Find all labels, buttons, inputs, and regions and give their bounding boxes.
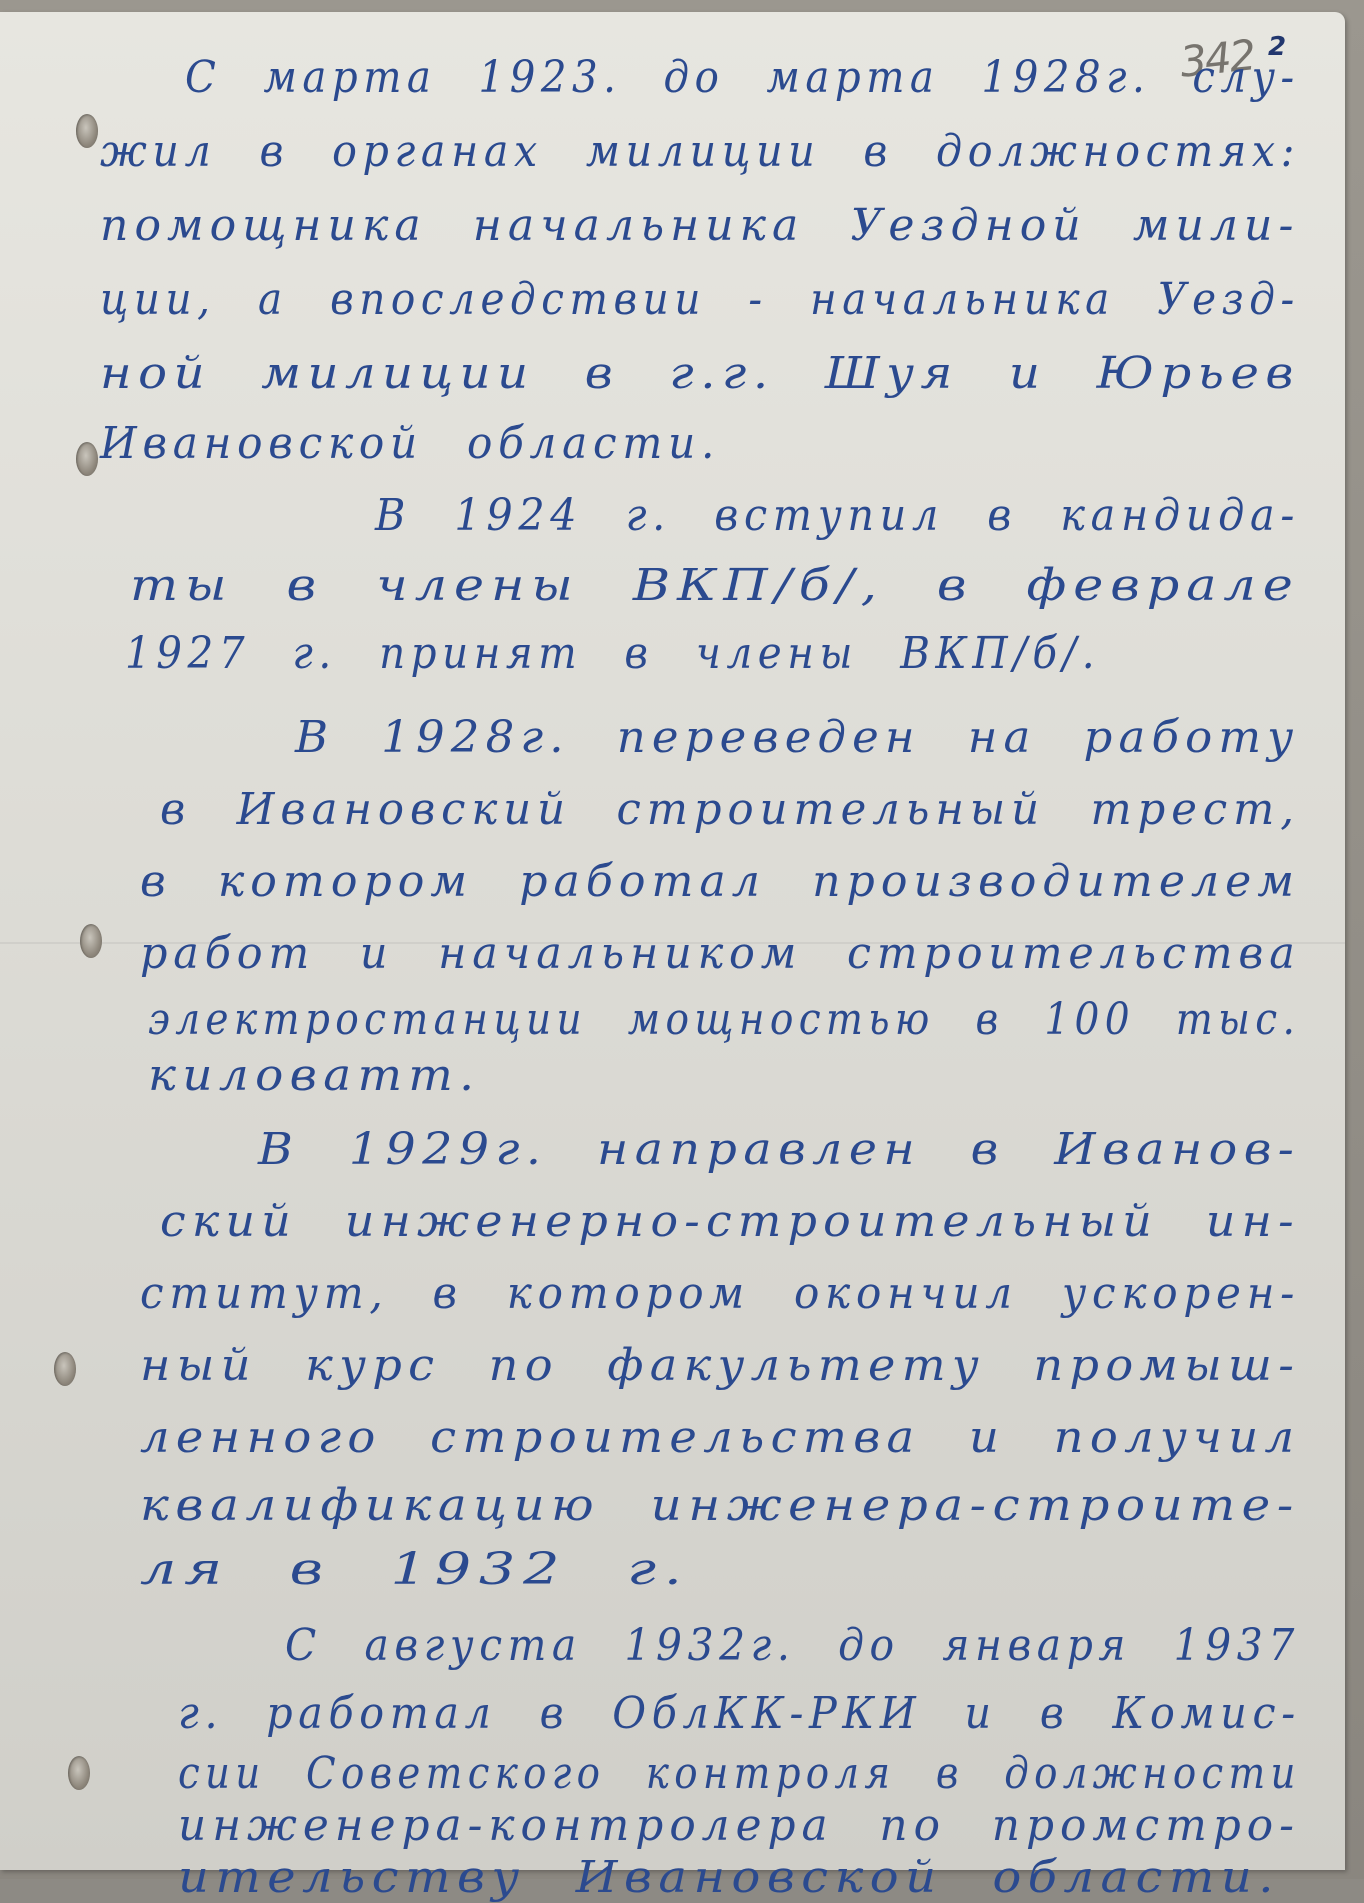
text-line: В 1924 г. вступил в кандида- xyxy=(375,490,1300,541)
text-line: ции, а впоследствии - начальника Уезд- xyxy=(100,274,1300,325)
text-line: ты в члены ВКП/б/, в феврале xyxy=(130,560,1300,611)
text-line: г. работал в ОблКК-РКИ и в Комис- xyxy=(178,1688,1301,1739)
text-line: В 1929г. направлен в Иванов- xyxy=(258,1124,1300,1175)
punch-hole xyxy=(76,442,98,476)
text-line: жил в органах милиции в должностях: xyxy=(100,126,1300,177)
text-line: работ и начальником строительства xyxy=(140,928,1301,979)
text-line: ленного строительства и получил xyxy=(140,1412,1300,1463)
text-line: В 1928г. переведен на работу xyxy=(295,712,1299,763)
text-line: в котором работал производителем xyxy=(140,856,1300,907)
text-line: ительству Ивановской области. xyxy=(178,1852,1280,1879)
text-line: ститут, в котором окончил ускорен- xyxy=(140,1268,1300,1319)
text-line: С августа 1932г. до января 1937 xyxy=(285,1620,1300,1671)
text-line: ля в 1932 г. xyxy=(140,1544,690,1595)
punch-hole xyxy=(76,114,98,148)
text-line: ский инженерно-строительный ин- xyxy=(160,1196,1300,1247)
text-line: 1927 г. принят в члены ВКП/б/. xyxy=(125,628,1100,679)
text-line: электростанции мощностью в 100 тыс. xyxy=(148,994,1300,1045)
text-line: инженера-контролера по промстро- xyxy=(178,1800,1300,1851)
text-line: киловатт. xyxy=(148,1050,480,1101)
punch-hole xyxy=(68,1756,90,1790)
punch-hole xyxy=(54,1352,76,1386)
text-line: квалификацию инженера-строите- xyxy=(140,1480,1300,1531)
text-line: сии Советского контроля в должности xyxy=(178,1748,1301,1799)
text-line: в Ивановский строительный трест, xyxy=(160,784,1300,835)
punch-hole xyxy=(80,924,102,958)
text-line: ной милиции в г.г. Шуя и Юрьев xyxy=(100,348,1300,399)
document-page: 342 2 С марта 1923. до марта 1928г. слу-… xyxy=(0,12,1345,1870)
text-line: Ивановской области. xyxy=(100,418,720,469)
text-line: помощника начальника Уездной мили- xyxy=(100,200,1299,251)
text-line: ный курс по факультету промыш- xyxy=(140,1340,1300,1391)
text-line: С марта 1923. до марта 1928г. слу- xyxy=(185,52,1300,103)
